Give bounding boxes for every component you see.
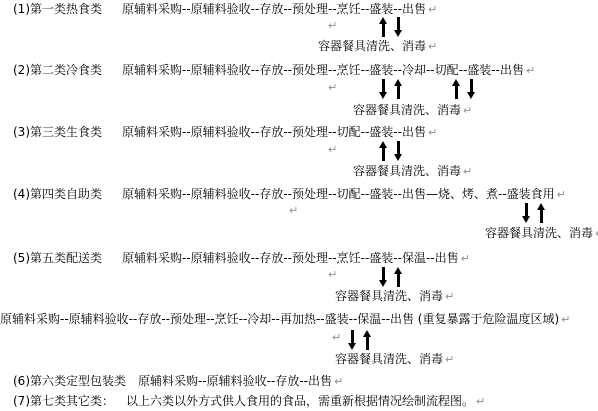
paragraph-mark: ↵ [328,82,337,94]
paragraph-mark: ↵ [289,205,298,217]
flow-text-1: 原辅料采购--原辅料验收--存放--预处理--烹饪--盛装--出售 [122,2,426,16]
paragraph-mark: ↵ [428,40,437,53]
wash-line-1: 容器餐具清洗、消毒↵ [318,39,437,54]
arrow-down-icon [522,203,531,223]
paragraph-mark: ↵ [428,126,437,139]
arrow-up-icon [537,203,546,223]
flow-text-4: 原辅料采购--原辅料验收--存放--预处理--切配--盛装--出售—烧、烤、煮-… [122,187,555,201]
flow-line-7: (6)第六类定型包装类原辅料采购--原辅料验收--存放--出售↵ [13,374,343,389]
category-label-8: (7)第七类其它类： [13,394,114,408]
arrow-pair-2a [379,79,403,99]
wash-text-1: 容器餐具清洗、消毒 [318,39,426,53]
flow-line-5: (5)第五类配送类原辅料采购--原辅料验收--存放--预处理--烹饪--盛装--… [13,251,470,266]
flow-text-2: 原辅料采购--原辅料验收--存放--预处理--烹饪--盛装--冷却--切配--盛… [122,63,524,77]
flow-line-4: (4)第四类自助类原辅料采购--原辅料验收--存放--预处理--切配--盛装--… [13,187,566,202]
arrow-down-icon [467,79,476,99]
arrow-down-icon [379,267,388,287]
arrow-down-icon [394,141,403,161]
arrow-pair-2b [452,79,476,99]
wash-line-3: 容器餐具清洗、消毒↵ [353,164,472,179]
flow-line-8: (7)第七类其它类：以上六类以外方式供人食用的食品，需重新根据情况绘制流程图。↵ [13,394,485,409]
paragraph-mark: ↵ [328,144,337,156]
category-label-7: (6)第六类定型包装类 [13,374,126,388]
arrow-up-icon [379,17,388,37]
wash-line-5: 容器餐具清洗、消毒↵ [335,289,454,304]
wash-text-3: 容器餐具清洗、消毒 [353,164,461,178]
category-label-4: (4)第四类自助类 [13,187,102,201]
arrow-down-icon [379,79,388,99]
arrow-up-icon [379,141,388,161]
flow-line-3: (3)第三类生食类原辅料采购--原辅料验收--存放--预处理--切配--盛装--… [13,125,437,140]
arrow-pair-1 [379,17,403,37]
wash-text-5: 容器餐具清洗、消毒 [335,289,443,303]
paragraph-mark: ↵ [445,290,454,303]
arrow-pair-4 [522,203,546,223]
document-page: (1)第一类热食类原辅料采购--原辅料验收--存放--预处理--烹饪--盛装--… [0,0,598,411]
paragraph-mark: ↵ [463,165,472,178]
arrow-pair-6 [348,330,372,350]
category-label-5: (5)第五类配送类 [13,251,102,265]
paragraph-mark: ↵ [428,3,437,16]
arrow-pair-3 [379,141,403,161]
flow-line-6: 原辅料采购--原辅料验收--存放--预处理--烹饪--冷却--再加热--盛装--… [0,312,570,327]
category-label-3: (3)第三类生食类 [13,125,102,139]
wash-line-6: 容器餐具清洗、消毒↵ [335,352,454,367]
paragraph-mark: ↵ [557,188,566,201]
note-text-8: 以上六类以外方式供人食用的食品，需重新根据情况绘制流程图。 [126,394,474,408]
arrow-up-icon [452,79,461,99]
arrow-down-icon [348,330,357,350]
flow-text-7: 原辅料采购--原辅料验收--存放--出售 [138,374,332,388]
paragraph-mark: ↵ [334,375,343,388]
paragraph-mark: ↵ [445,353,454,366]
arrow-up-icon [394,79,403,99]
wash-line-2: 容器餐具清洗、消毒↵ [353,103,472,118]
wash-text-4: 容器餐具清洗、消毒 [485,226,593,240]
category-label-2: (2)第二类冷食类 [13,63,102,77]
flow-line-1: (1)第一类热食类原辅料采购--原辅料验收--存放--预处理--烹饪--盛装--… [13,2,437,17]
flow-line-2: (2)第二类冷食类原辅料采购--原辅料验收--存放--预处理--烹饪--盛装--… [13,63,535,78]
paragraph-mark: ↵ [526,64,535,77]
flow-text-6: 原辅料采购--原辅料验收--存放--预处理--烹饪--冷却--再加热--盛装--… [0,312,559,326]
arrow-up-icon [394,267,403,287]
arrow-pair-5 [379,267,403,287]
wash-line-4: 容器餐具清洗、消毒↵ [485,226,598,241]
paragraph-mark: ↵ [328,20,337,32]
paragraph-mark: ↵ [332,332,341,344]
arrow-up-icon [363,330,372,350]
paragraph-mark: ↵ [461,252,470,265]
paragraph-mark: ↵ [476,395,485,408]
flow-text-3: 原辅料采购--原辅料验收--存放--预处理--切配--盛装--出售 [122,125,426,139]
paragraph-mark: ↵ [561,313,570,326]
flow-text-5: 原辅料采购--原辅料验收--存放--预处理--烹饪--盛装--保温--出售 [122,251,459,265]
paragraph-mark: ↵ [463,104,472,117]
arrow-down-icon [394,17,403,37]
wash-text-2: 容器餐具清洗、消毒 [353,103,461,117]
wash-text-6: 容器餐具清洗、消毒 [335,352,443,366]
category-label-1: (1)第一类热食类 [13,2,102,16]
paragraph-mark: ↵ [328,269,337,281]
